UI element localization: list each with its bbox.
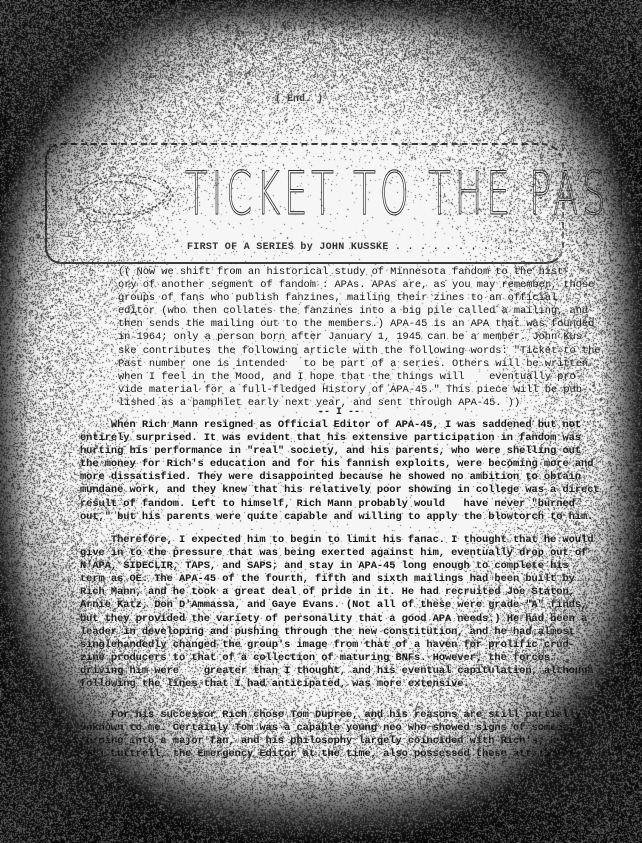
text-line: Hank Luttrell, the Emergency Editor at t… <box>80 748 581 761</box>
text-line: When Rich Mann resigned as Official Edit… <box>80 419 600 432</box>
faded-header-line: ...d pleased to drive ... ... <box>0 20 642 31</box>
paragraph: For his successor Rich chose Tom Dupree,… <box>80 709 581 761</box>
ticket-emblem-icon <box>65 161 180 233</box>
text-line: unknown to me. Certainly Tom was a capab… <box>80 722 581 735</box>
text-line: when I feel in the Mood, and I hope that… <box>118 371 600 384</box>
text-line: then sends the mailing out to the member… <box>118 318 600 331</box>
text-line: result of fandom. Left to himself, Rich … <box>80 498 600 511</box>
text-line: editor (who then collates the fanzines i… <box>118 305 600 318</box>
faded-header-line: ... ... ... ... ... ... ... ... <box>0 34 642 45</box>
section-divider: -- I -- <box>318 407 360 418</box>
text-line: Past number one is intended to be part o… <box>118 358 600 371</box>
text-line: (( Now we shift from an historical study… <box>118 266 600 279</box>
text-line: N'APA, SIDECLIR, TAPS, and SAPS; and sta… <box>80 560 593 573</box>
text-line: more dissatisfied. They were disappointe… <box>80 471 600 484</box>
text-line: ory of another segment of fandom : APAs.… <box>118 279 600 292</box>
text-line: Arnie Katz, Don D'Ammassa, and Gaye Evan… <box>80 599 593 612</box>
text-line: following the lines that I had anticipat… <box>80 678 593 691</box>
ticket-heading-box: TICKET TO THE PAST FIRST OF A SERIES by … <box>45 143 564 264</box>
text-line: zine producers to that of a collection o… <box>80 652 593 665</box>
text-line: ske contributes the following article wi… <box>118 345 600 358</box>
text-line: mundane work, and they knew that his rel… <box>80 484 600 497</box>
text-line: out," but his parents were quite capable… <box>80 511 600 524</box>
faded-header-line: ... ...noticed ... ... ... ... ... ... .… <box>0 70 642 81</box>
text-line: Therefore, I expected him to begin to li… <box>80 534 593 547</box>
text-line: driving him were greater than I thought,… <box>80 665 593 678</box>
paragraph: When Rich Mann resigned as Official Edit… <box>80 419 600 524</box>
text-line: For his successor Rich chose Tom Dupree,… <box>80 709 581 722</box>
text-line: entirely surprised. It was evident that … <box>80 432 600 445</box>
ticket-title: TICKET TO THE PAST <box>185 159 636 229</box>
editorial-intro: (( Now we shift from an historical study… <box>118 266 600 410</box>
text-line: Rich Mann, and he took a great deal of p… <box>80 586 593 599</box>
text-line: turning into a major fan, and his philos… <box>80 735 581 748</box>
end-mark: ( End. ) <box>275 94 323 105</box>
text-line: hurting his performance in "real" societ… <box>80 445 600 458</box>
text-line: vide material for a full-fledged History… <box>118 384 600 397</box>
text-line: groups of fans who publish fanzines, mai… <box>118 292 600 305</box>
paragraph: Therefore, I expected him to begin to li… <box>80 534 593 691</box>
text-line: leader in developing and pushing through… <box>80 626 593 639</box>
text-line: but they provided the variety of persona… <box>80 613 593 626</box>
text-line: in 1964; only a person born after Januar… <box>118 331 600 344</box>
text-line: the money for Rich's education and for h… <box>80 458 600 471</box>
scanned-fanzine-page: ...d pleased to drive ... ... ... ... ..… <box>0 0 642 843</box>
text-line: give in to the pressure that was being e… <box>80 547 593 560</box>
faded-header-line: ... ... ... (Dev) ... ... <box>0 47 642 58</box>
text-line: singlehandedly changed the group's image… <box>80 639 593 652</box>
byline: FIRST OF A SERIES by JOHN KUSSKE . . . .… <box>187 242 527 253</box>
text-line: term as OE. The APA-45 of the fourth, fi… <box>80 573 593 586</box>
